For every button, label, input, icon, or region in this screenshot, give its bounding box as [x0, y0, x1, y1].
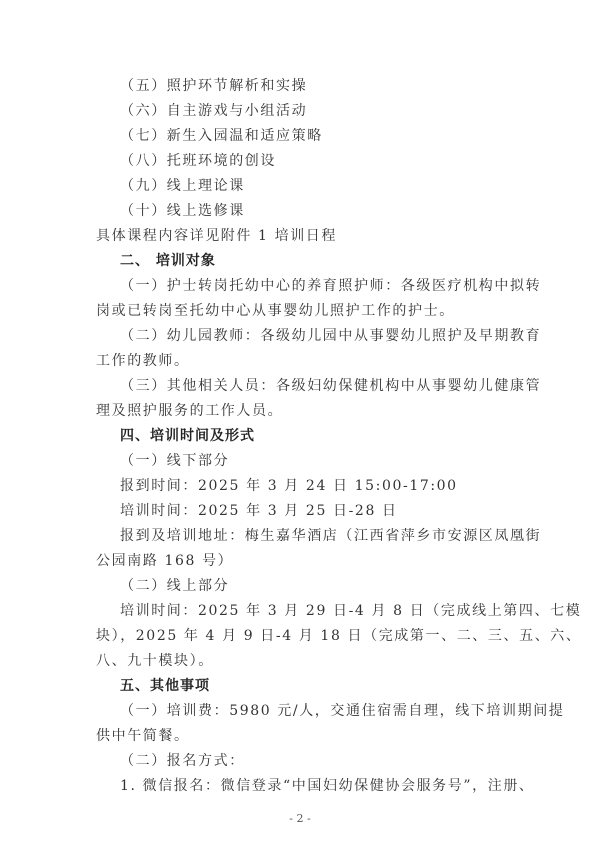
paragraph-target-1-cont: 岗或已转岗至托幼中心从事婴幼儿照护工作的护士。	[96, 302, 516, 320]
subheading-online: （二）线上部分	[120, 577, 540, 595]
course-item-9: （九）线上理论课	[120, 177, 540, 195]
check-in-time: 报到时间：2025 年 3 月 24 日 15:00-17:00	[120, 477, 540, 495]
registration-method: （二）报名方式：	[120, 752, 540, 770]
training-fee-cont: 供中午简餐。	[96, 727, 516, 745]
section-heading-other: 五、其他事项	[120, 677, 540, 695]
online-training-time: 培训时间：2025 年 3 月 29 日-4 月 8 日（完成线上第四、七模	[120, 602, 540, 620]
course-item-6: （六）自主游戏与小组活动	[120, 102, 540, 120]
course-item-8: （八）托班环境的创设	[120, 152, 540, 170]
training-address-cont: 公园南路 168 号）	[96, 552, 516, 570]
course-item-5: （五）照护环节解析和实操	[120, 77, 540, 95]
paragraph-target-3-cont: 理及照护服务的工作人员。	[96, 402, 516, 420]
paragraph-target-3: （三）其他相关人员：各级妇幼保健机构中从事婴幼儿健康管	[120, 377, 540, 395]
course-item-7: （七）新生入园温和适应策略	[120, 127, 540, 145]
online-training-time-cont: 块），2025 年 4 月 9 日-4 月 18 日（完成第一、二、三、五、六、	[96, 627, 516, 645]
document-page: （五）照护环节解析和实操 （六）自主游戏与小组活动 （七）新生入园温和适应策略 …	[0, 0, 600, 848]
paragraph-target-1: （一）护士转岗托幼中心的养育照护师：各级医疗机构中拟转	[120, 277, 540, 295]
page-number: - 2 -	[0, 812, 600, 825]
section-heading-target: 二、 培训对象	[120, 252, 540, 270]
online-training-time-cont-2: 八、九十模块）。	[96, 652, 516, 670]
paragraph-target-2-cont: 工作的教师。	[96, 352, 516, 370]
wechat-registration: 1. 微信报名：微信登录“中国妇幼保健协会服务号”，注册、	[120, 777, 540, 795]
subheading-offline: （一）线下部分	[120, 452, 540, 470]
training-fee: （一）培训费：5980 元/人，交通住宿需自理，线下培训期间提	[120, 702, 540, 720]
paragraph-target-2: （二）幼儿园教师：各级幼儿园中从事婴幼儿照护及早期教育	[120, 327, 540, 345]
offline-training-time: 培训时间：2025 年 3 月 25 日-28 日	[120, 502, 540, 520]
course-details-note: 具体课程内容详见附件 1 培训日程	[96, 227, 516, 245]
training-address: 报到及培训地址：梅生嘉华酒店（江西省萍乡市安源区凤凰街	[120, 527, 540, 545]
course-item-10: （十）线上选修课	[120, 202, 540, 220]
section-heading-time-format: 四、培训时间及形式	[120, 427, 540, 445]
